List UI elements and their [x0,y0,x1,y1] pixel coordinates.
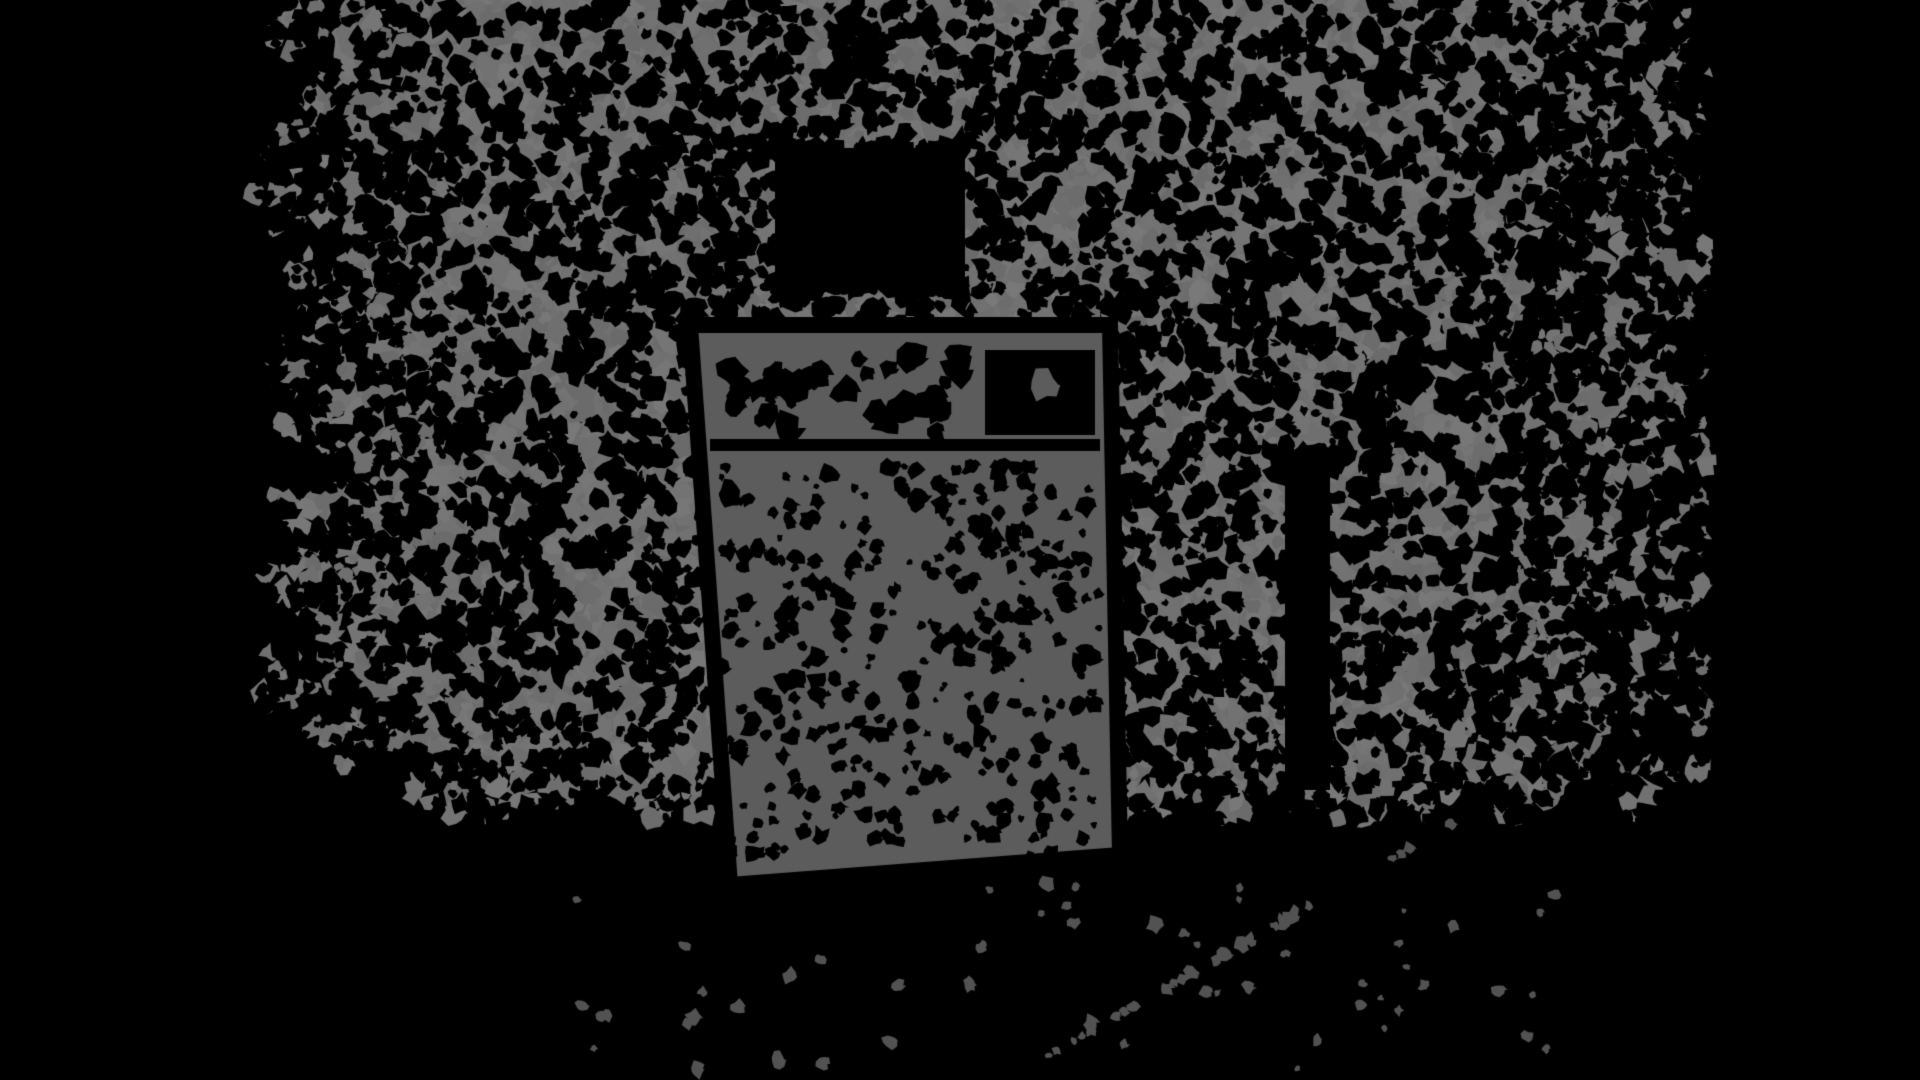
depth-map-canvas [0,0,1920,1080]
